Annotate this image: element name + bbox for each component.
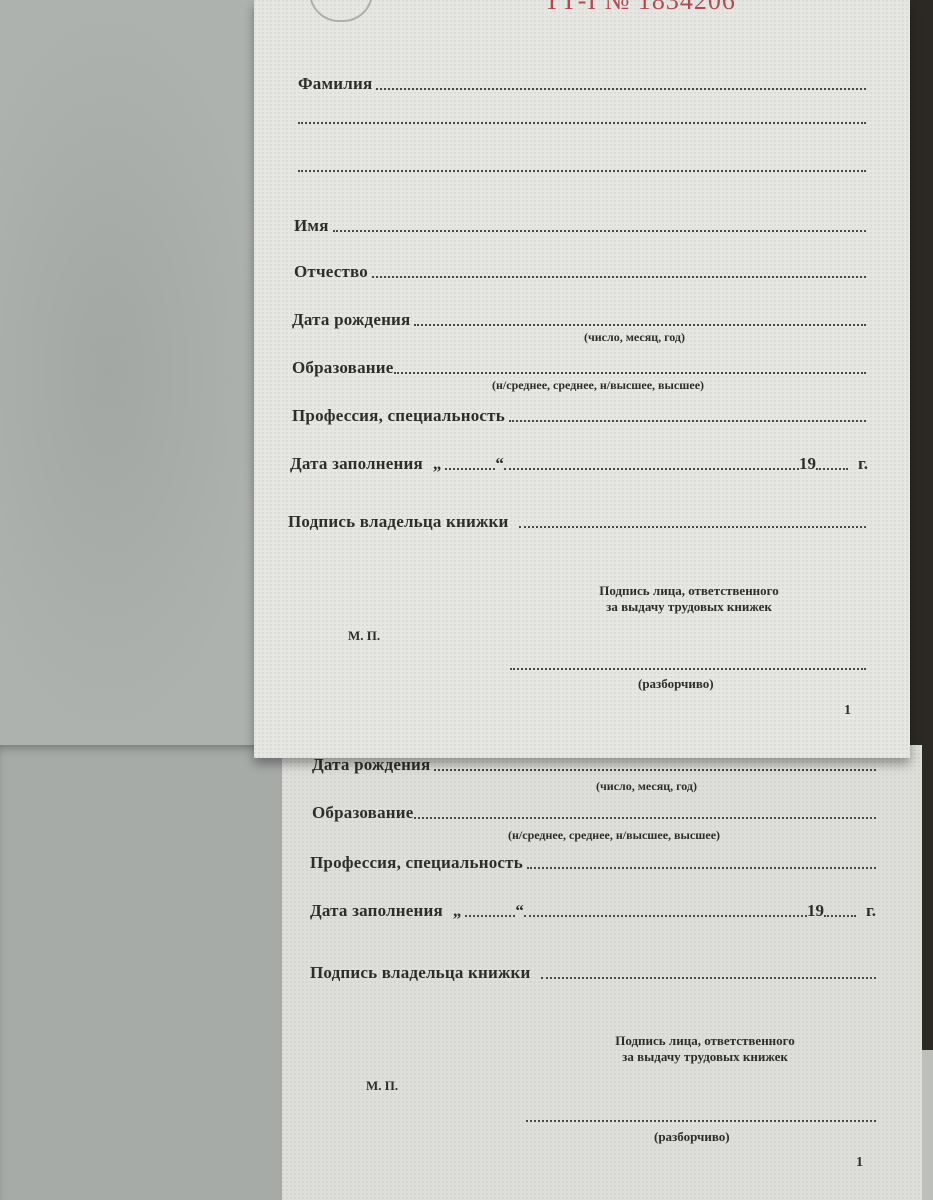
book-cover-top bbox=[0, 0, 274, 745]
year-prefix: 19 bbox=[799, 454, 816, 474]
responsible-signature-line[interactable] bbox=[526, 1120, 876, 1122]
field-label: Дата заполнения bbox=[310, 901, 443, 921]
field-label: Образование bbox=[292, 358, 394, 378]
field-hint: (н/среднее, среднее, н/высшее, высшее) bbox=[492, 378, 704, 393]
field-surname[interactable]: Фамилия bbox=[298, 74, 866, 94]
year-suffix: г. bbox=[858, 454, 868, 474]
field-label: Подпись владельца книжки bbox=[310, 963, 531, 983]
field-education[interactable]: Образование bbox=[312, 803, 876, 823]
year-suffix: г. bbox=[866, 901, 876, 921]
field-hint: (число, месяц, год) bbox=[584, 330, 685, 345]
field-label: Образование bbox=[312, 803, 414, 823]
field-first-name[interactable]: Имя bbox=[294, 216, 866, 236]
field-patronymic[interactable]: Отчество bbox=[294, 262, 866, 282]
field-owner-signature[interactable]: Подпись владельца книжки bbox=[288, 512, 866, 532]
page-number: 1 bbox=[856, 1155, 863, 1171]
field-label: Дата заполнения bbox=[290, 454, 423, 474]
field-hint: (н/среднее, среднее, н/высшее, высшее) bbox=[508, 828, 720, 843]
book-cover-bottom bbox=[0, 745, 290, 1200]
stamp-label: М. П. bbox=[348, 628, 380, 644]
field-label: Подпись владельца книжки bbox=[288, 512, 509, 532]
field-label: Дата рождения bbox=[292, 310, 410, 330]
responsible-signature-line[interactable] bbox=[510, 668, 866, 670]
field-profession[interactable]: Профессия, специальность bbox=[310, 853, 876, 873]
field-surname-line-3[interactable] bbox=[298, 170, 866, 176]
field-label: Фамилия bbox=[298, 74, 372, 94]
field-label: Отчество bbox=[294, 262, 368, 282]
field-fill-date[interactable]: Дата заполнения „ “ 19 г. bbox=[310, 901, 876, 921]
responsible-signature-caption: Подпись лица, ответственного за выдачу т… bbox=[590, 1033, 820, 1065]
field-birth-date[interactable]: Дата рождения bbox=[292, 310, 866, 330]
series-number: ТТ-I № 1834206 bbox=[544, 0, 736, 16]
field-label: Имя bbox=[294, 216, 329, 236]
legible-hint: (разборчиво) bbox=[638, 676, 714, 692]
responsible-signature-caption: Подпись лица, ответственного за выдачу т… bbox=[574, 583, 804, 615]
field-surname-line-2[interactable] bbox=[298, 122, 866, 128]
emblem-icon bbox=[309, 0, 373, 22]
field-owner-signature[interactable]: Подпись владельца книжки bbox=[310, 963, 876, 983]
field-birth-date[interactable]: Дата рождения bbox=[312, 755, 876, 775]
legible-hint: (разборчиво) bbox=[654, 1129, 730, 1145]
field-education[interactable]: Образование bbox=[292, 358, 866, 378]
field-hint: (число, месяц, год) bbox=[596, 779, 697, 794]
page-number: 1 bbox=[844, 703, 851, 719]
stamp-label: М. П. bbox=[366, 1078, 398, 1094]
field-fill-date[interactable]: Дата заполнения „ “ 19 г. bbox=[290, 454, 868, 474]
field-label: Профессия, специальность bbox=[292, 406, 505, 426]
employment-book-page-top: ТТ-I № 1834206 Фамилия Имя Отчество Дата… bbox=[254, 0, 910, 758]
employment-book-page-bottom: Дата рождения (число, месяц, год) Образо… bbox=[282, 745, 922, 1200]
field-label: Профессия, специальность bbox=[310, 853, 523, 873]
field-profession[interactable]: Профессия, специальность bbox=[292, 406, 866, 426]
field-label: Дата рождения bbox=[312, 755, 430, 775]
year-prefix: 19 bbox=[807, 901, 824, 921]
